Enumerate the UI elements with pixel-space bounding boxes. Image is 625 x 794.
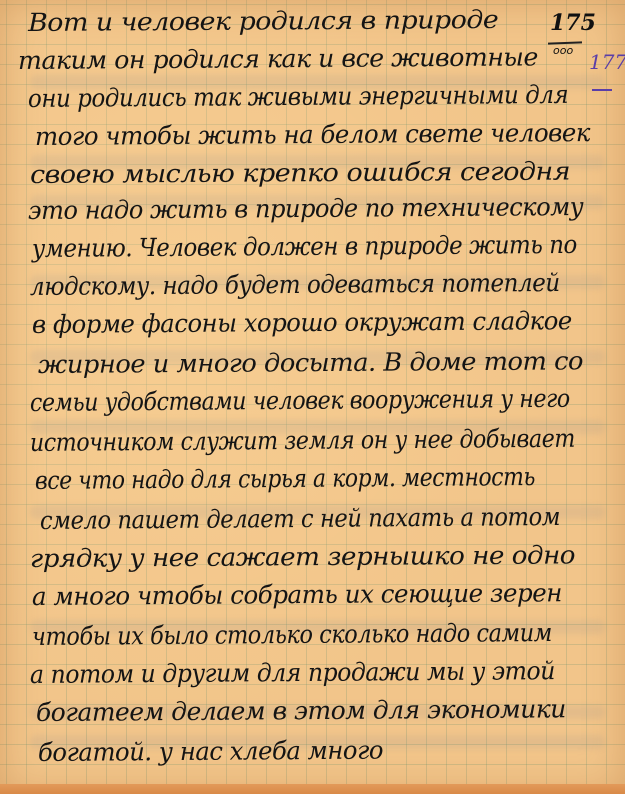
- handwritten-line: Вот и человек родился в природе: [28, 5, 498, 37]
- handwritten-line: богатой. у нас хлеба много: [38, 736, 383, 767]
- page-bottom-edge: [0, 784, 625, 794]
- handwritten-line: таким он родился как и все животные: [18, 42, 538, 75]
- handwritten-line: своею мыслью крепко ошибся сегодня: [30, 157, 570, 189]
- handwritten-line: это надо жить в природе по техническому: [28, 192, 583, 225]
- handwritten-line: грядку у нее сажает зернышко не одно: [30, 540, 575, 573]
- handwritten-text: Вот и человек родился в природетаким он …: [0, 0, 625, 794]
- handwritten-line: все что надо для сырья а корм. местность: [35, 462, 535, 495]
- notebook-page: 175 ooo 177 Вот и человек родился в прир…: [0, 0, 625, 794]
- handwritten-line: того чтобы жить на белом свете человек: [35, 118, 590, 151]
- handwritten-line: смело пашет делает с ней пахать а потом: [40, 502, 560, 535]
- handwritten-line: они родились так живыми энергичными для: [28, 80, 568, 113]
- handwritten-line: жирное и много досыта. В доме тот со: [38, 346, 583, 379]
- handwritten-line: а много чтобы собрать их сеющие зерен: [32, 578, 562, 611]
- handwritten-line: семьи удобствами человек вооружения у не…: [30, 384, 570, 417]
- handwritten-line: умению. Человек должен в природе жить по: [32, 230, 577, 263]
- handwritten-line: чтобы их было столько сколько надо самим: [32, 618, 552, 651]
- handwritten-line: людскому. надо будет одеваться потеплей: [30, 268, 560, 301]
- handwritten-line: в форме фасоны хорошо окружат сладкое: [32, 306, 572, 339]
- handwritten-line: источником служит земля он у нее добывае…: [30, 424, 575, 457]
- handwritten-line: богатеем делаем в этом для экономики: [36, 694, 566, 727]
- handwritten-line: а потом и другим для продажи мы у этой: [30, 656, 555, 689]
